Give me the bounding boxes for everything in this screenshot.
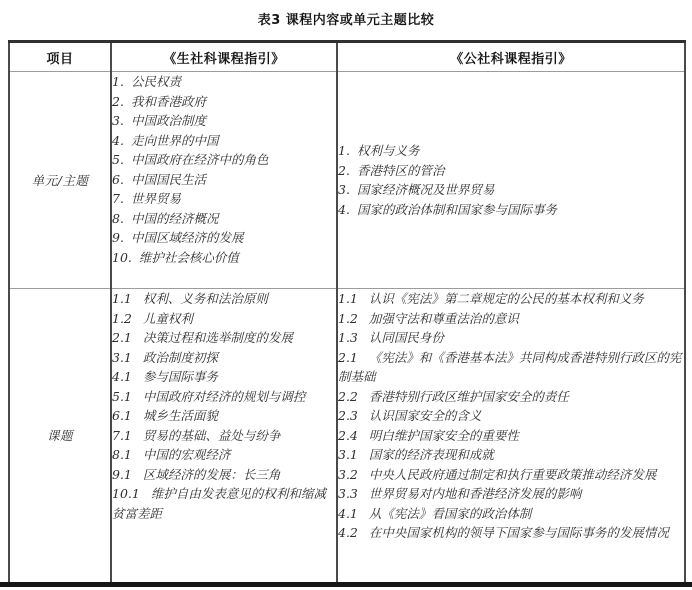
- item-text: 加强守法和尊重法治的意识: [369, 311, 519, 326]
- item-text: 从《宪法》看国家的政治体制: [369, 506, 532, 521]
- list-item: 7.1贸易的基础、益处与纷争: [112, 426, 336, 446]
- comparison-table: 项目 《生社科课程指引》 《公社科课程指引》 单元/主题 1.公民权责 2.我和…: [8, 40, 686, 584]
- item-text: 在中央国家机构的领导下国家参与国际事务的发展情况: [369, 525, 669, 540]
- item-text: 国家的经济表现和成就: [369, 447, 494, 462]
- item-number: 2.1: [338, 350, 358, 365]
- item-number: 2.1: [112, 330, 132, 345]
- item-text: 参与国际事务: [143, 369, 218, 384]
- list-item: 9.1区域经济的发展：长三角: [112, 465, 336, 485]
- item-number: 7.: [112, 191, 124, 206]
- item-text: 走向世界的中国: [131, 133, 219, 148]
- item-text: 明白维护国家安全的重要性: [369, 428, 519, 443]
- item-number: 1.2: [338, 311, 358, 326]
- item-number: 4.: [338, 202, 350, 217]
- list-item: 1.3认同国民身份: [338, 328, 684, 348]
- list-item: 2.2香港特别行政区维护国家安全的责任: [338, 387, 684, 407]
- item-number: 4.: [112, 133, 124, 148]
- document-page: 表3 课程内容或单元主题比较 项目 《生社科课程指引》 《公社科课程指引》 单元…: [0, 0, 692, 590]
- item-text: 中国国民生活: [131, 172, 206, 187]
- item-number: 1.1: [112, 291, 132, 306]
- item-number: 5.: [112, 152, 124, 167]
- item-text: 香港特别行政区维护国家安全的责任: [369, 389, 569, 404]
- item-number: 3.: [338, 182, 350, 197]
- item-number: 3.3: [338, 486, 358, 501]
- item-text: 维护自由发表意见的权利和缩减贫富差距: [112, 486, 326, 521]
- list-item: 8.1中国的宏观经济: [112, 445, 336, 465]
- item-number: 8.1: [112, 447, 132, 462]
- item-text: 维护社会核心价值: [139, 250, 239, 265]
- item-number: 6.1: [112, 408, 132, 423]
- row-label-unit-theme: 单元/主题: [9, 72, 111, 289]
- list-item: 3.1政治制度初探: [112, 348, 336, 368]
- list-item: 4.1从《宪法》看国家的政治体制: [338, 504, 684, 524]
- item-number: 3.: [112, 113, 124, 128]
- item-text: 国家经济概况及世界贸易: [357, 182, 495, 197]
- item-text: 中央人民政府通过制定和执行重要政策推动经济发展: [369, 467, 657, 482]
- list-item: 2.1决策过程和选举制度的发展: [112, 328, 336, 348]
- item-number: 2.: [338, 163, 350, 178]
- list-item: 7.世界贸易: [112, 189, 336, 209]
- page-bottom-rule: [0, 582, 692, 587]
- list-item: 1.公民权责: [112, 72, 336, 92]
- col-header-sheng-guide: 《生社科课程指引》: [111, 42, 337, 72]
- list-item: 1.1认识《宪法》第二章规定的公民的基本权利和义务: [338, 289, 684, 309]
- item-text: 中国政治制度: [131, 113, 206, 128]
- item-number: 9.1: [112, 467, 132, 482]
- unit-list-gong: 1.权利与义务 2.香港特区的管治 3.国家经济概况及世界贸易 4.国家的政治体…: [337, 72, 685, 289]
- item-text: 中国的宏观经济: [143, 447, 231, 462]
- list-item: 1.1权利、义务和法治原则: [112, 289, 336, 309]
- list-item: 1.权利与义务: [338, 141, 684, 161]
- item-number: 2.3: [338, 408, 358, 423]
- item-text: 公民权责: [131, 74, 181, 89]
- list-item: 10.维护社会核心价值: [112, 248, 336, 268]
- item-text: 认同国民身份: [369, 330, 444, 345]
- item-text: 中国区域经济的发展: [131, 230, 244, 245]
- item-text: 决策过程和选举制度的发展: [143, 330, 293, 345]
- item-text: 认识《宪法》第二章规定的公民的基本权利和义务: [369, 291, 644, 306]
- topic-list-sheng: 1.1权利、义务和法治原则 1.2儿童权利 2.1决策过程和选举制度的发展 3.…: [111, 289, 337, 583]
- item-text: 中国政府对经济的规划与调控: [143, 389, 306, 404]
- item-text: 世界贸易: [131, 191, 181, 206]
- list-item: 1.2儿童权利: [112, 309, 336, 329]
- item-number: 3.1: [338, 447, 358, 462]
- item-text: 权利、义务和法治原则: [143, 291, 268, 306]
- item-text: 我和香港政府: [131, 94, 206, 109]
- list-item: 2.香港特区的管治: [338, 161, 684, 181]
- item-number: 2.4: [338, 428, 358, 443]
- list-item: 5.1中国政府对经济的规划与调控: [112, 387, 336, 407]
- header-row: 项目 《生社科课程指引》 《公社科课程指引》: [9, 42, 685, 72]
- list-item: 1.2加强守法和尊重法治的意识: [338, 309, 684, 329]
- item-text: 区域经济的发展：长三角: [143, 467, 281, 482]
- item-number: 10.1: [112, 486, 140, 501]
- item-text: 儿童权利: [143, 311, 193, 326]
- item-number: 4.2: [338, 525, 358, 540]
- item-text: 城乡生活面貌: [143, 408, 218, 423]
- item-text: 香港特区的管治: [357, 163, 445, 178]
- list-item: 2.4明白维护国家安全的重要性: [338, 426, 684, 446]
- unit-list-sheng: 1.公民权责 2.我和香港政府 3.中国政治制度 4.走向世界的中国 5.中国政…: [111, 72, 337, 289]
- row-unit-theme: 单元/主题 1.公民权责 2.我和香港政府 3.中国政治制度 4.走向世界的中国…: [9, 72, 685, 289]
- item-text: 贸易的基础、益处与纷争: [143, 428, 281, 443]
- item-number: 1.3: [338, 330, 358, 345]
- item-number: 6.: [112, 172, 124, 187]
- list-item: 4.1参与国际事务: [112, 367, 336, 387]
- item-text: 政治制度初探: [143, 350, 218, 365]
- item-number: 1.: [112, 74, 124, 89]
- item-number: 4.1: [112, 369, 132, 384]
- item-number: 4.1: [338, 506, 358, 521]
- list-item: 2.1《宪法》和《香港基本法》共同构成香港特别行政区的宪制基础: [338, 348, 684, 387]
- list-item: 4.走向世界的中国: [112, 131, 336, 151]
- list-item: 4.2在中央国家机构的领导下国家参与国际事务的发展情况: [338, 523, 684, 543]
- item-number: 7.1: [112, 428, 132, 443]
- item-number: 8.: [112, 211, 124, 226]
- list-item: 6.中国国民生活: [112, 170, 336, 190]
- item-number: 2.: [112, 94, 124, 109]
- item-text: 权利与义务: [357, 143, 420, 158]
- item-number: 3.2: [338, 467, 358, 482]
- item-number: 1.1: [338, 291, 358, 306]
- list-item: 4.国家的政治体制和国家参与国际事务: [338, 200, 684, 220]
- row-label-topics: 课题: [9, 289, 111, 583]
- list-item: 6.1城乡生活面貌: [112, 406, 336, 426]
- item-number: 3.1: [112, 350, 132, 365]
- list-item: 3.国家经济概况及世界贸易: [338, 180, 684, 200]
- list-item: 3.1国家的经济表现和成就: [338, 445, 684, 465]
- item-number: 1.2: [112, 311, 132, 326]
- topic-list-gong: 1.1认识《宪法》第二章规定的公民的基本权利和义务 1.2加强守法和尊重法治的意…: [337, 289, 685, 583]
- item-text: 认识国家安全的含义: [369, 408, 482, 423]
- item-text: 世界贸易对内地和香港经济发展的影响: [369, 486, 582, 501]
- item-text: 中国的经济概况: [131, 211, 219, 226]
- col-header-gong-guide: 《公社科课程指引》: [337, 42, 685, 72]
- list-item: 2.我和香港政府: [112, 92, 336, 112]
- item-number: 9.: [112, 230, 124, 245]
- item-number: 10.: [112, 250, 132, 265]
- list-item: 2.3认识国家安全的含义: [338, 406, 684, 426]
- item-text: 国家的政治体制和国家参与国际事务: [357, 202, 557, 217]
- item-number: 1.: [338, 143, 350, 158]
- row-topics: 课题 1.1权利、义务和法治原则 1.2儿童权利 2.1决策过程和选举制度的发展…: [9, 289, 685, 583]
- item-number: 2.2: [338, 389, 358, 404]
- item-text: 中国政府在经济中的角色: [131, 152, 269, 167]
- item-number: 5.1: [112, 389, 132, 404]
- list-item: 3.3世界贸易对内地和香港经济发展的影响: [338, 484, 684, 504]
- list-item: 3.中国政治制度: [112, 111, 336, 131]
- list-item: 3.2中央人民政府通过制定和执行重要政策推动经济发展: [338, 465, 684, 485]
- list-item: 8.中国的经济概况: [112, 209, 336, 229]
- list-item: 10.1维护自由发表意见的权利和缩减贫富差距: [112, 484, 336, 523]
- list-item: 9.中国区域经济的发展: [112, 228, 336, 248]
- col-header-item: 项目: [9, 42, 111, 72]
- list-item: 5.中国政府在经济中的角色: [112, 150, 336, 170]
- table-caption: 表3 课程内容或单元主题比较: [0, 9, 692, 28]
- item-text: 《宪法》和《香港基本法》共同构成香港特别行政区的宪制基础: [338, 350, 681, 385]
